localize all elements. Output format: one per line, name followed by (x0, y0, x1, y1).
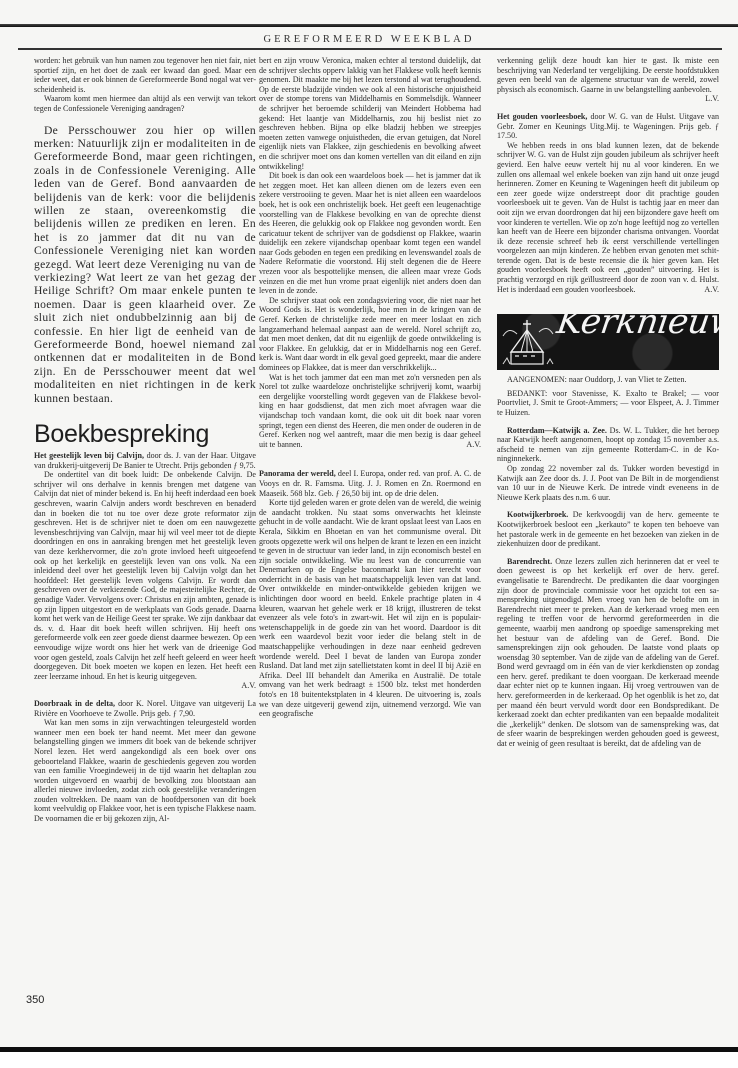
page-number: 350 (26, 994, 44, 1006)
column-middle: bert en zijn vrouw Veronica, maken echte… (259, 56, 481, 719)
paragraph: Waarom komt men hiermee dan altijd als e… (34, 94, 256, 113)
review-header: Het geestelijk leven bij Calvijn, door d… (34, 451, 256, 470)
review-body: De ondertitel van dit boek luidt: De onb… (34, 470, 256, 681)
header-rule (18, 48, 722, 50)
news-title: Rotterdam—Katwijk a. Zee. (507, 426, 607, 435)
bottom-margin (0, 1052, 738, 1068)
spacer (259, 449, 481, 469)
news-text: Onze lezers zullen zich herinneren dat e… (497, 557, 719, 748)
kerknieuws-banner: Kerknieuws (497, 314, 719, 370)
paragraph: Wat is het toch jammer dat een man met z… (259, 373, 481, 450)
spacer (34, 691, 256, 699)
paragraph: worden: het gebruik van hun namen zou te… (34, 56, 256, 94)
book-title: Het geestelijk leven bij Calvijn, (34, 451, 144, 460)
book-title: Panorama der wereld, (259, 469, 336, 478)
top-border-rule (0, 24, 738, 27)
news-item: Kootwijkerbroek. De kerkvoogdij van de h… (497, 510, 719, 548)
review-header: Doorbraak in de delta, door K. Norel. Ui… (34, 699, 256, 718)
spacer (497, 104, 719, 112)
news-title: Kootwijkerbroek. (507, 510, 568, 519)
review-body: We hebben reeds in ons blad kunnen lezen… (497, 141, 719, 295)
spacer (497, 418, 719, 426)
spacer (497, 502, 719, 510)
spacer (497, 549, 719, 557)
column-left: worden: het gebruik van hun namen zou te… (34, 56, 256, 824)
news-item: Barendrecht. Onze lezers zullen zich her… (497, 557, 719, 749)
review-text: We hebben reeds in ons blad kunnen lezen… (497, 141, 719, 294)
paragraph: Dit boek is dan ook een waardeloos boek … (259, 171, 481, 296)
masthead: GEREFORMEERD WEEKBLAD (0, 34, 738, 45)
section-title: Boekbespreking (34, 419, 256, 449)
signature: A.V. (34, 681, 256, 691)
paragraph-text: Wat is het toch jammer dat een man met z… (259, 373, 481, 449)
paragraph: bert en zijn vrouw Veronica, maken echte… (259, 56, 481, 171)
news-item: Op zondag 22 november zal ds. Tukker wor… (497, 464, 719, 502)
news-item: AANGENOMEN: naar Ouddorp, J. van Vliet t… (497, 375, 719, 385)
news-item: BEDANKT: voor Stavenisse, K. Exalto te B… (497, 389, 719, 418)
church-tent-icon (501, 318, 557, 368)
review-body: Korte tijd geleden waren er grote delen … (259, 498, 481, 719)
signature: A.V. (694, 285, 719, 295)
banner-title: Kerknieuws (556, 318, 719, 328)
signature: L.V. (497, 94, 719, 104)
news-title: Barendrecht. (507, 557, 552, 566)
column-right: verkenning gelijk deze houdt kan hier te… (497, 56, 719, 749)
book-title: Doorbraak in de delta, (34, 699, 115, 708)
paragraph: verkenning gelijk deze houdt kan hier te… (497, 56, 719, 94)
spacer (497, 294, 719, 314)
review-header: Het gouden voorleesboek, door W. G. van … (497, 112, 719, 141)
persschouwer-comment: De Persschouwer zou hier op willen merke… (34, 124, 256, 406)
paragraph: De schrijver staat ook een zondagsvierin… (259, 296, 481, 373)
news-item: Rotterdam—Katwijk a. Zee. Ds. W. L. Tukk… (497, 426, 719, 464)
review-header: Panorama der wereld, deel I. Europa, ond… (259, 469, 481, 498)
signature: A.V. (456, 440, 481, 450)
book-title: Het gouden voorleesboek, (497, 112, 587, 121)
review-body: Wat kan men soms in zijn verwachtingen t… (34, 718, 256, 824)
